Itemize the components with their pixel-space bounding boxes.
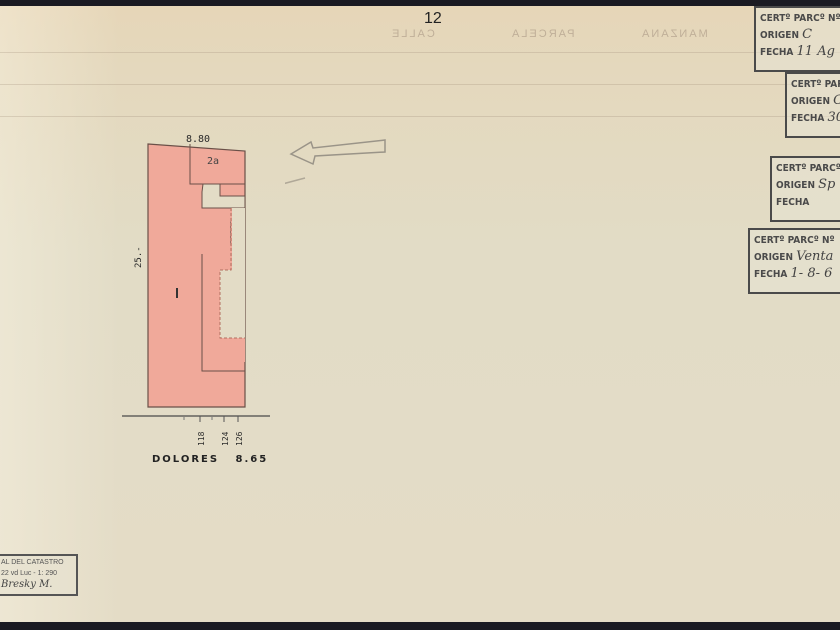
page-number: 12 [424,10,442,28]
plot-drawing [120,142,280,422]
certificate-stamp: CERTº PARCº ORIGEN C FECHA 30 [785,72,840,138]
door-number: 118 [197,432,206,446]
cadastral-card: 12 MANZANA PARCELA CALLE CERTº PARCº Nº … [0,6,840,622]
top-width-dim: 8.80 [186,134,210,145]
depth-dim: 25.- [134,246,144,268]
arrow-left-icon [285,134,395,194]
rule-line [0,84,840,85]
unit-label: 2a [207,156,219,167]
street-label: DOLORES 8.65 [152,454,268,465]
certificate-stamp: CERTº PARCº Nº ORIGEN C FECHA 11 Ag [754,6,840,72]
door-number: 126 [235,432,244,446]
header-ghost-manzana: MANZANA [640,28,708,40]
catastro-stamp: AL DEL CATASTRO 22 vd Luc - 1: 290 Bresk… [0,554,78,596]
door-number: 124 [221,432,230,446]
rule-line [0,52,840,53]
header-ghost-calle: CALLE [390,28,435,40]
rule-line [0,116,840,117]
certificate-stamp: CERTº PARCº Nº ORIGEN Venta FECHA 1- 8- … [748,228,840,294]
certificate-stamp: CERTº PARCº ORIGEN Sp FECHA [770,156,840,222]
header-ghost-parcela: PARCELA [510,28,575,40]
